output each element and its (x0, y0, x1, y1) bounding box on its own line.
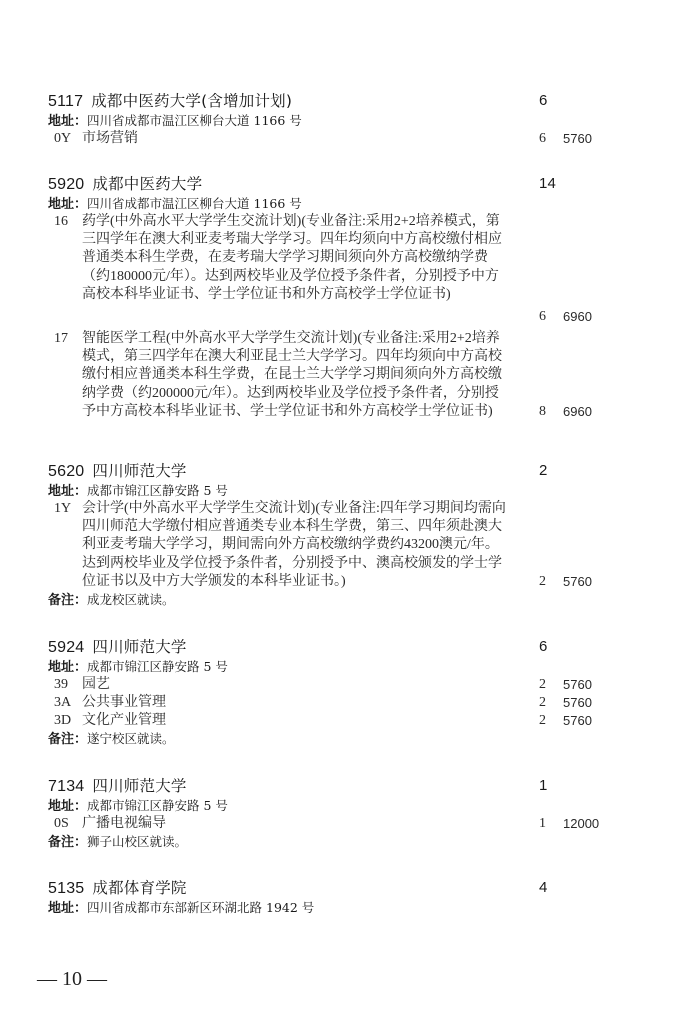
school-total-plan: 1 (539, 775, 548, 797)
major-row: 39 园艺 2 5760 (48, 676, 648, 694)
major-fee: 5760 (563, 676, 592, 694)
school-entry: 5117成都中医药大学(含增加计划) 6 地址：四川省成都市温江区柳台大道 11… (48, 90, 648, 148)
school-note: 备注：狮子山校区就读。 (48, 833, 648, 851)
school-code: 5920 (48, 174, 84, 196)
major-name: 文化产业管理 (82, 712, 507, 730)
school-name: 成都体育学院 (92, 879, 186, 897)
major-name: 广播电视编导 (82, 815, 507, 833)
major-row: 3A 公共事业管理 2 5760 (48, 694, 648, 712)
major-name: 会计学(中外高水平大学学生交流计划)(专业备注:四年学习期间均需向四川师范大学缴… (82, 500, 507, 591)
note-text: 遂宁校区就读。 (87, 731, 175, 746)
major-code: 1Y (54, 500, 94, 518)
address-text: 成都市锦江区静安路 5 号 (87, 483, 228, 498)
note-text: 成龙校区就读。 (87, 592, 175, 607)
school-name: 成都中医药大学(含增加计划) (91, 92, 292, 110)
major-plan-count: 8 (539, 403, 546, 421)
major-code: 0Y (54, 130, 94, 148)
major-plan-count: 2 (539, 694, 546, 712)
school-address: 地址：成都市锦江区静安路 5 号 (48, 797, 648, 815)
school-name: 四川师范大学 (92, 638, 186, 656)
school-total-plan: 6 (539, 636, 548, 658)
major-fee: 6960 (563, 403, 592, 421)
school-address: 地址：四川省成都市温江区柳台大道 1166 号 (48, 195, 648, 213)
major-name: 药学(中外高水平大学学生交流计划)(专业备注:采用2+2培养模式，第三四学年在澳… (82, 213, 507, 304)
school-note: 备注：遂宁校区就读。 (48, 730, 648, 748)
school-code: 5924 (48, 637, 84, 659)
major-code: 16 (54, 213, 94, 231)
document-page: 5117成都中医药大学(含增加计划) 6 地址：四川省成都市温江区柳台大道 11… (0, 0, 699, 1023)
school-address: 地址：四川省成都市东部新区环湖北路 1942 号 (48, 899, 648, 917)
school-name: 成都中医药大学 (92, 175, 202, 193)
major-row: 3D 文化产业管理 2 5760 (48, 712, 648, 730)
address-label: 地址： (48, 197, 87, 212)
school-code: 5117 (48, 91, 83, 113)
address-text: 四川省成都市东部新区环湖北路 1942 号 (87, 900, 314, 915)
school-total-plan: 14 (539, 173, 556, 195)
major-fee: 6960 (563, 308, 592, 326)
major-code: 39 (54, 676, 94, 694)
major-fee: 5760 (563, 130, 592, 148)
major-fee: 5760 (563, 694, 592, 712)
major-plan-count: 6 (539, 308, 546, 326)
major-row: 0Y 市场营销 6 5760 (48, 130, 648, 148)
major-plan-count: 2 (539, 676, 546, 694)
school-address: 地址：成都市锦江区静安路 5 号 (48, 658, 648, 676)
school-entry: 5620四川师范大学 2 地址：成都市锦江区静安路 5 号 1Y 会计学(中外高… (48, 460, 648, 609)
note-text: 狮子山校区就读。 (87, 834, 187, 849)
major-plan-count: 2 (539, 712, 546, 730)
school-note: 备注：成龙校区就读。 (48, 591, 648, 609)
address-label: 地址： (48, 660, 87, 675)
major-name: 市场营销 (82, 130, 507, 148)
page-number: — 10 — (37, 968, 107, 991)
major-code: 3A (54, 694, 94, 712)
major-name: 公共事业管理 (82, 694, 507, 712)
note-label: 备注： (48, 593, 87, 608)
address-text: 四川省成都市温江区柳台大道 1166 号 (87, 113, 302, 128)
school-total-plan: 6 (539, 90, 548, 112)
major-row: 16 药学(中外高水平大学学生交流计划)(专业备注:采用2+2培养模式，第三四学… (48, 213, 648, 326)
note-label: 备注： (48, 732, 87, 747)
address-text: 四川省成都市温江区柳台大道 1166 号 (87, 196, 302, 211)
major-name: 智能医学工程(中外高水平大学学生交流计划)(专业备注:采用2+2培养模式，第三四… (82, 330, 507, 421)
major-row: 0S 广播电视编导 1 12000 (48, 815, 648, 833)
school-header: 5920成都中医药大学 14 (48, 173, 648, 195)
school-name: 四川师范大学 (92, 462, 186, 480)
address-label: 地址： (48, 799, 87, 814)
school-code: 7134 (48, 776, 84, 798)
school-header: 5135成都体育学院 4 (48, 877, 648, 899)
school-entry: 5920成都中医药大学 14 地址：四川省成都市温江区柳台大道 1166 号 1… (48, 173, 648, 421)
major-code: 3D (54, 712, 94, 730)
school-code: 5620 (48, 461, 84, 483)
major-code: 17 (54, 330, 94, 348)
address-label: 地址： (48, 484, 87, 499)
school-address: 地址：成都市锦江区静安路 5 号 (48, 482, 648, 500)
major-plan-count: 2 (539, 573, 546, 591)
note-label: 备注： (48, 835, 87, 850)
school-address: 地址：四川省成都市温江区柳台大道 1166 号 (48, 112, 648, 130)
major-fee: 12000 (563, 815, 599, 833)
address-label: 地址： (48, 114, 87, 129)
school-code: 5135 (48, 878, 84, 900)
school-header: 5620四川师范大学 2 (48, 460, 648, 482)
school-header: 5924四川师范大学 6 (48, 636, 648, 658)
school-total-plan: 4 (539, 877, 548, 899)
major-plan-count: 1 (539, 815, 546, 833)
major-code: 0S (54, 815, 94, 833)
school-entry: 5135成都体育学院 4 地址：四川省成都市东部新区环湖北路 1942 号 (48, 877, 648, 917)
school-header: 5117成都中医药大学(含增加计划) 6 (48, 90, 648, 112)
major-row: 17 智能医学工程(中外高水平大学学生交流计划)(专业备注:采用2+2培养模式，… (48, 330, 648, 421)
major-plan-count: 6 (539, 130, 546, 148)
school-entry: 5924四川师范大学 6 地址：成都市锦江区静安路 5 号 39 园艺 2 57… (48, 636, 648, 748)
school-total-plan: 2 (539, 460, 548, 482)
school-header: 7134四川师范大学 1 (48, 775, 648, 797)
address-text: 成都市锦江区静安路 5 号 (87, 659, 228, 674)
major-fee: 5760 (563, 573, 592, 591)
address-text: 成都市锦江区静安路 5 号 (87, 798, 228, 813)
major-row: 1Y 会计学(中外高水平大学学生交流计划)(专业备注:四年学习期间均需向四川师范… (48, 500, 648, 591)
school-name: 四川师范大学 (92, 777, 186, 795)
major-fee: 5760 (563, 712, 592, 730)
address-label: 地址： (48, 901, 87, 916)
major-name: 园艺 (82, 676, 507, 694)
school-entry: 7134四川师范大学 1 地址：成都市锦江区静安路 5 号 0S 广播电视编导 … (48, 775, 648, 851)
